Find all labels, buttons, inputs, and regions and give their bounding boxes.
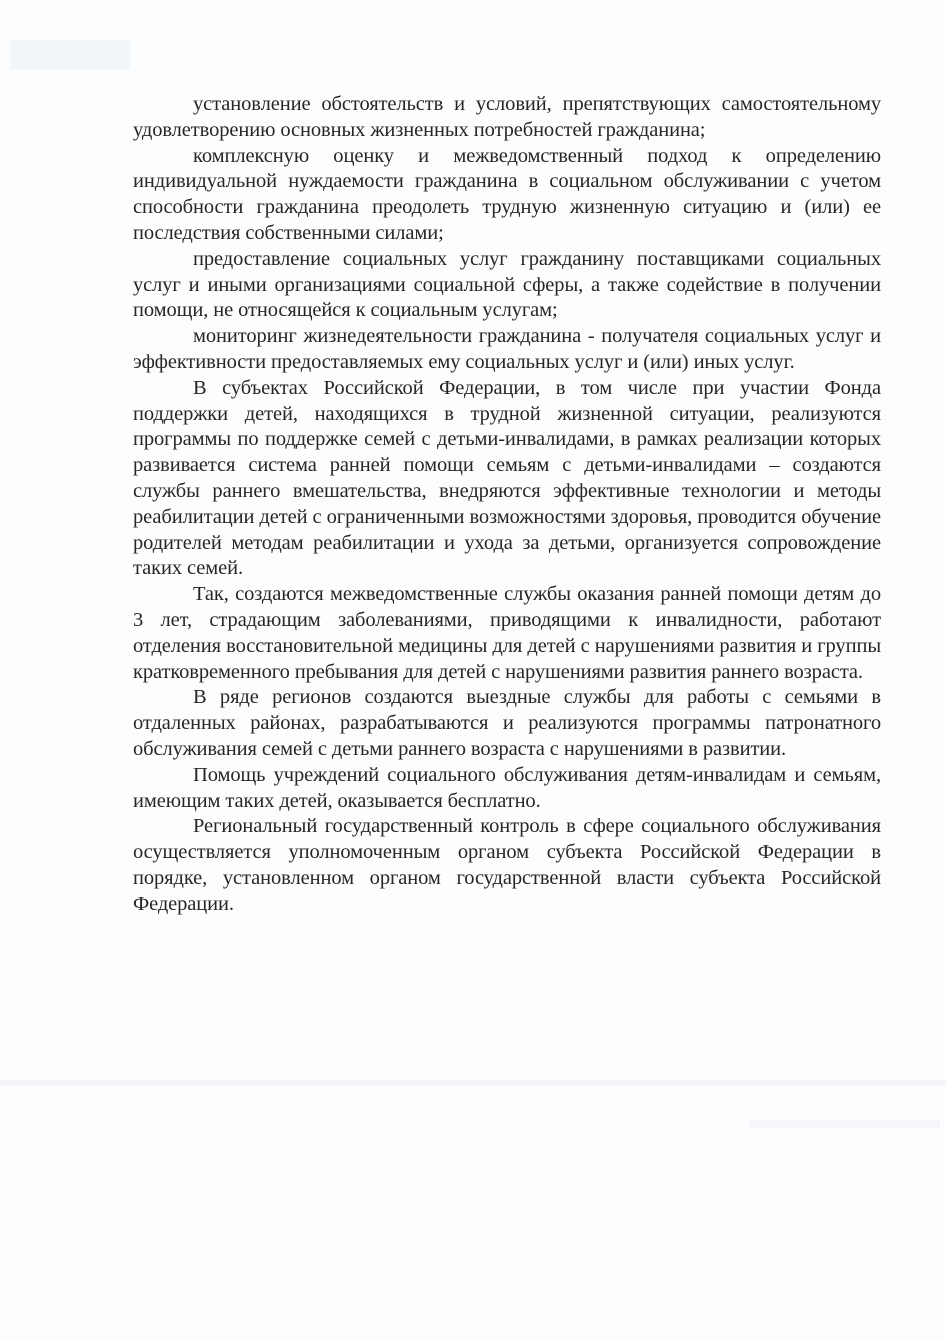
paragraph-4: мониторинг жизнедеятельности гражданина …	[133, 324, 881, 376]
scanned-page: установление обстоятельств и условий, пр…	[0, 0, 946, 1339]
scan-smudge-bottom	[0, 1080, 946, 1086]
paragraph-3: предоставление социальных услуг граждани…	[133, 247, 881, 324]
paragraph-8: Помощь учреждений социального обслуживан…	[133, 763, 881, 815]
paragraph-1: установление обстоятельств и условий, пр…	[133, 92, 881, 144]
paragraph-5: В субъектах Российской Федерации, в том …	[133, 376, 881, 582]
document-body: установление обстоятельств и условий, пр…	[133, 92, 881, 918]
scan-smudge-top-left	[10, 40, 130, 70]
paragraph-2: комплексную оценку и межведомственный по…	[133, 144, 881, 247]
paragraph-6: Так, создаются межведомственные службы о…	[133, 582, 881, 685]
scan-smudge-bottom-right	[750, 1120, 940, 1128]
paragraph-9: Региональный государственный контроль в …	[133, 814, 881, 917]
paragraph-7: В ряде регионов создаются выездные служб…	[133, 685, 881, 762]
